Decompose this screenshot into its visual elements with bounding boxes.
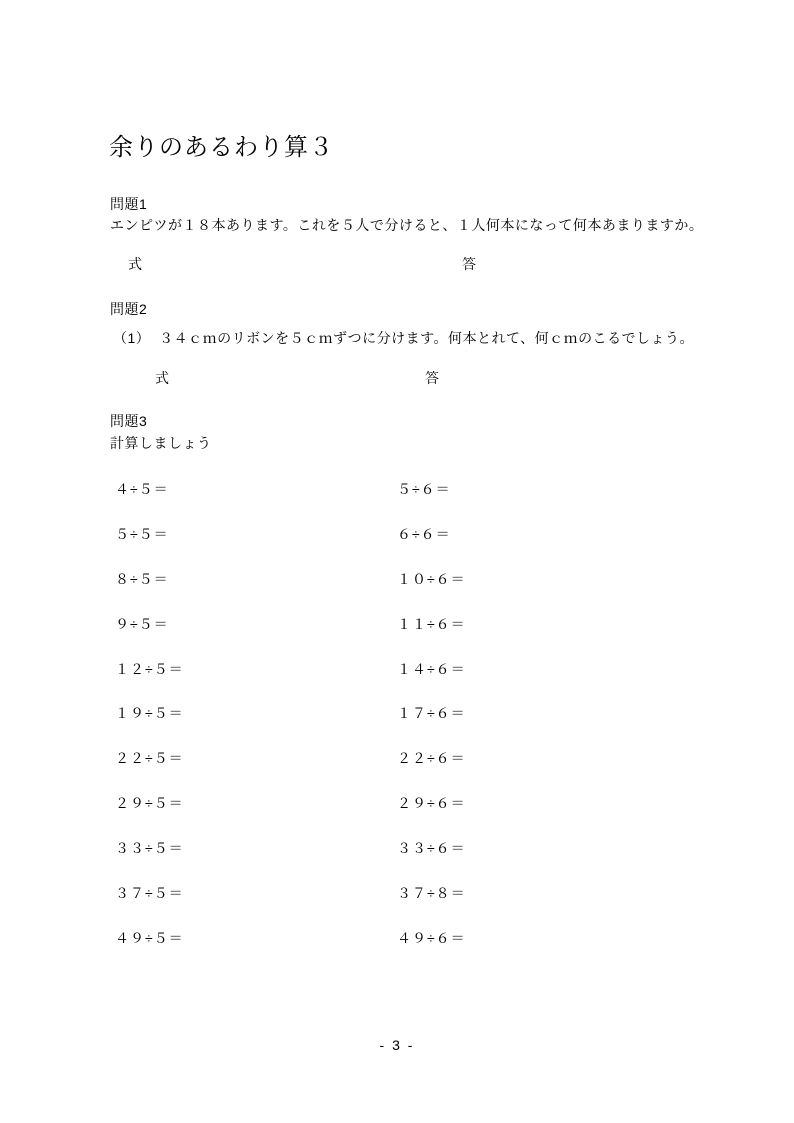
calc-expression: １２÷５＝ xyxy=(115,661,397,677)
calc-row: ２９÷５＝ ２９÷６＝ xyxy=(115,795,715,840)
page-number: - 3 - xyxy=(0,1037,794,1053)
problem1-formula-label: 式 xyxy=(128,256,143,272)
calc-row: ８÷５＝ １０÷６＝ xyxy=(115,571,715,616)
calc-row: ３７÷５＝ ３７÷８＝ xyxy=(115,885,715,930)
calculation-grid: ４÷５＝ ５÷６＝ ５÷５＝ ６÷６＝ ８÷５＝ １０÷６＝ ９÷５＝ １１÷６… xyxy=(115,481,715,975)
problem2-label: 問題2 xyxy=(110,301,147,317)
calc-expression: ３７÷５＝ xyxy=(115,885,397,901)
calc-expression: ５÷５＝ xyxy=(115,526,397,542)
calc-expression: １７÷６＝ xyxy=(397,705,466,721)
calc-row: ４÷５＝ ５÷６＝ xyxy=(115,481,715,526)
problem3-instruction: 計算しましょう xyxy=(110,435,212,451)
calc-expression: ３３÷５＝ xyxy=(115,840,397,856)
calc-expression: ６÷６＝ xyxy=(397,526,451,542)
problem3-label: 問題3 xyxy=(110,413,147,429)
calc-expression: ４９÷６＝ xyxy=(397,930,466,946)
worksheet-page: 余りのあるわり算３ 問題1 エンピツが１８本あります。これを５人で分けると、１人… xyxy=(0,0,794,1123)
calc-expression: ２２÷５＝ xyxy=(115,750,397,766)
problem1-label: 問題1 xyxy=(110,196,147,212)
calc-row: １９÷５＝ １７÷６＝ xyxy=(115,705,715,750)
problem1-text: エンピツが１８本あります。これを５人で分けると、１人何本になって何本あまりますか… xyxy=(110,217,703,233)
calc-row: ５÷５＝ ６÷６＝ xyxy=(115,526,715,571)
page-title: 余りのあるわり算３ xyxy=(109,127,334,162)
calc-expression: ９÷５＝ xyxy=(115,616,397,632)
calc-row: １２÷５＝ １４÷６＝ xyxy=(115,661,715,706)
calc-row: ４９÷５＝ ４９÷６＝ xyxy=(115,930,715,975)
calc-expression: ５÷６＝ xyxy=(397,481,451,497)
calc-expression: ２２÷６＝ xyxy=(397,750,466,766)
calc-row: ２２÷５＝ ２２÷６＝ xyxy=(115,750,715,795)
calc-expression: ３３÷６＝ xyxy=(397,840,466,856)
calc-row: ３３÷５＝ ３３÷６＝ xyxy=(115,840,715,885)
calc-expression: ２９÷５＝ xyxy=(115,795,397,811)
calc-expression: ４÷５＝ xyxy=(115,481,397,497)
problem1-answer-label: 答 xyxy=(462,256,477,272)
calc-expression: ４９÷５＝ xyxy=(115,930,397,946)
calc-expression: １４÷６＝ xyxy=(397,661,466,677)
problem2-formula-label: 式 xyxy=(155,370,170,386)
calc-expression: １０÷６＝ xyxy=(397,571,466,587)
calc-expression: １１÷６＝ xyxy=(397,616,466,632)
calc-expression: ８÷５＝ xyxy=(115,571,397,587)
calc-expression: １９÷５＝ xyxy=(115,705,397,721)
problem2-answer-label: 答 xyxy=(425,370,440,386)
problem2-text: （1） ３４ｃｍのリボンを５ｃｍずつに分けます。何本とれて、何ｃｍのこるでしょう… xyxy=(113,330,694,346)
calc-expression: ２９÷６＝ xyxy=(397,795,466,811)
calc-expression: ３７÷８＝ xyxy=(397,885,466,901)
calc-row: ９÷５＝ １１÷６＝ xyxy=(115,616,715,661)
